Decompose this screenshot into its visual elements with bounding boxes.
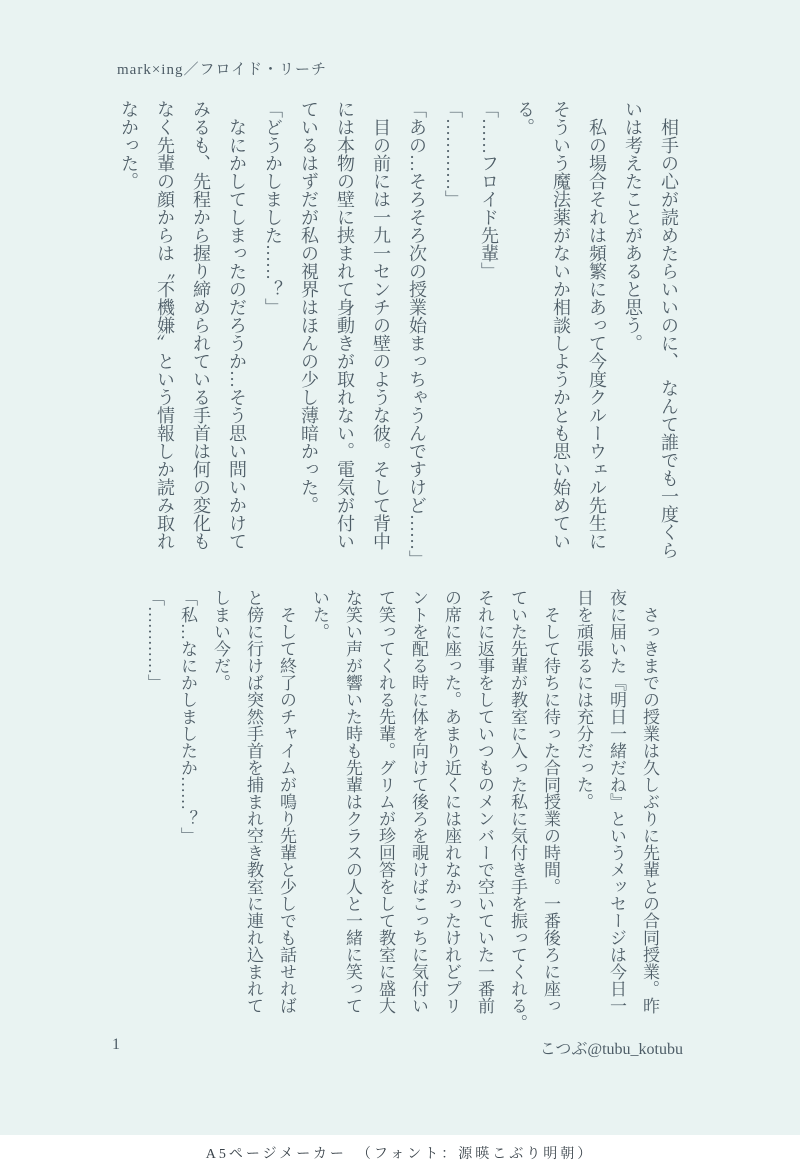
caption-bar: A5ページメーカー （フォント：源暎こぶり明朝） <box>0 1135 800 1171</box>
text-line: ントを配る時に体を向けて後ろを覗けばこっちに気付い <box>402 589 435 1035</box>
text-line: 「あの…そろそろ次の授業始まっちゃうんですけど……」 <box>399 100 435 570</box>
text-section-2: さっきまでの授業は久しぶりに先輩との合同授業。昨 夜に届いた『明日一緒だね』とい… <box>138 589 666 1035</box>
text-line: 「どうかしました……？」 <box>255 100 291 570</box>
text-line: て笑ってくれる先輩。グリムが珍回答をして教室に盛大 <box>369 589 402 1035</box>
text-line: なく先輩の顔からは〝不機嫌〟という情報しか読み取れ <box>147 100 183 570</box>
text-line: と傍に行けば突然手首を捕まれ空き教室に連れ込まれて <box>237 589 270 1035</box>
text-line: なかった。 <box>111 100 147 570</box>
text-line: 「……フロイド先輩」 <box>471 100 507 570</box>
text-line: には本物の壁に挟まれて身動きが取れない。電気が付い <box>327 100 363 570</box>
text-line: 私の場合それは頻繁にあって今度クルーウェル先生に <box>579 100 615 570</box>
text-line: 夜に届いた『明日一緒だね』というメッセージは今日一 <box>600 589 633 1035</box>
generator-caption: A5ページメーカー （フォント：源暎こぶり明朝） <box>206 1143 594 1163</box>
text-section-1: 相手の心が読めたらいいのに、 なんて誰でも一度くら いは考えたことがあると思う。… <box>111 100 687 570</box>
text-line: いは考えたことがあると思う。 <box>615 100 651 570</box>
text-line: る。 <box>507 100 543 570</box>
text-line: 目の前には一九一センチの壁のような彼。そして背中 <box>363 100 399 570</box>
text-line: な笑い声が響いた時も先輩はクラスの人と一緒に笑って <box>336 589 369 1035</box>
text-line: さっきまでの授業は久しぶりに先輩との合同授業。昨 <box>633 589 666 1035</box>
text-line: ているはずだが私の視界はほんの少し薄暗かった。 <box>291 100 327 570</box>
text-line: 「私…なにかしましたか……？」 <box>171 589 204 1035</box>
text-line: みるも、先程から握り締められている手首は何の変化も <box>183 100 219 570</box>
text-line: しまい今だ。 <box>204 589 237 1035</box>
text-line: そして待ちに待った合同授業の時間。一番後ろに座っ <box>534 589 567 1035</box>
text-line: 「…………」 <box>435 100 471 570</box>
text-line: なにかしてしまったのだろうか…そう思い問いかけて <box>219 100 255 570</box>
page-number: 1 <box>112 1036 120 1054</box>
author-handle: こつぶ@tubu_kotubu <box>540 1036 683 1059</box>
text-line: そして終了のチャイムが鳴り先輩と少しでも話せれば <box>270 589 303 1035</box>
text-line: それに返事をしていつものメンバーで空いていた一番前 <box>468 589 501 1035</box>
text-line: そういう魔法薬がないか相談しようかとも思い始めてい <box>543 100 579 570</box>
page-title: mark×ing／フロイド・リーチ <box>117 58 327 79</box>
page-background: mark×ing／フロイド・リーチ 相手の心が読めたらいいのに、 なんて誰でも一… <box>0 0 800 1171</box>
text-line: の席に座った。あまり近くには座れなかったけれどプリ <box>435 589 468 1035</box>
text-line: 相手の心が読めたらいいのに、 なんて誰でも一度くら <box>651 100 687 570</box>
text-line: 「…………」 <box>138 589 171 1035</box>
text-line: いた。 <box>303 589 336 1035</box>
text-line: 日を頑張るには充分だった。 <box>567 589 600 1035</box>
text-line: ていた先輩が教室に入った私に気付き手を振ってくれる。 <box>501 589 534 1035</box>
